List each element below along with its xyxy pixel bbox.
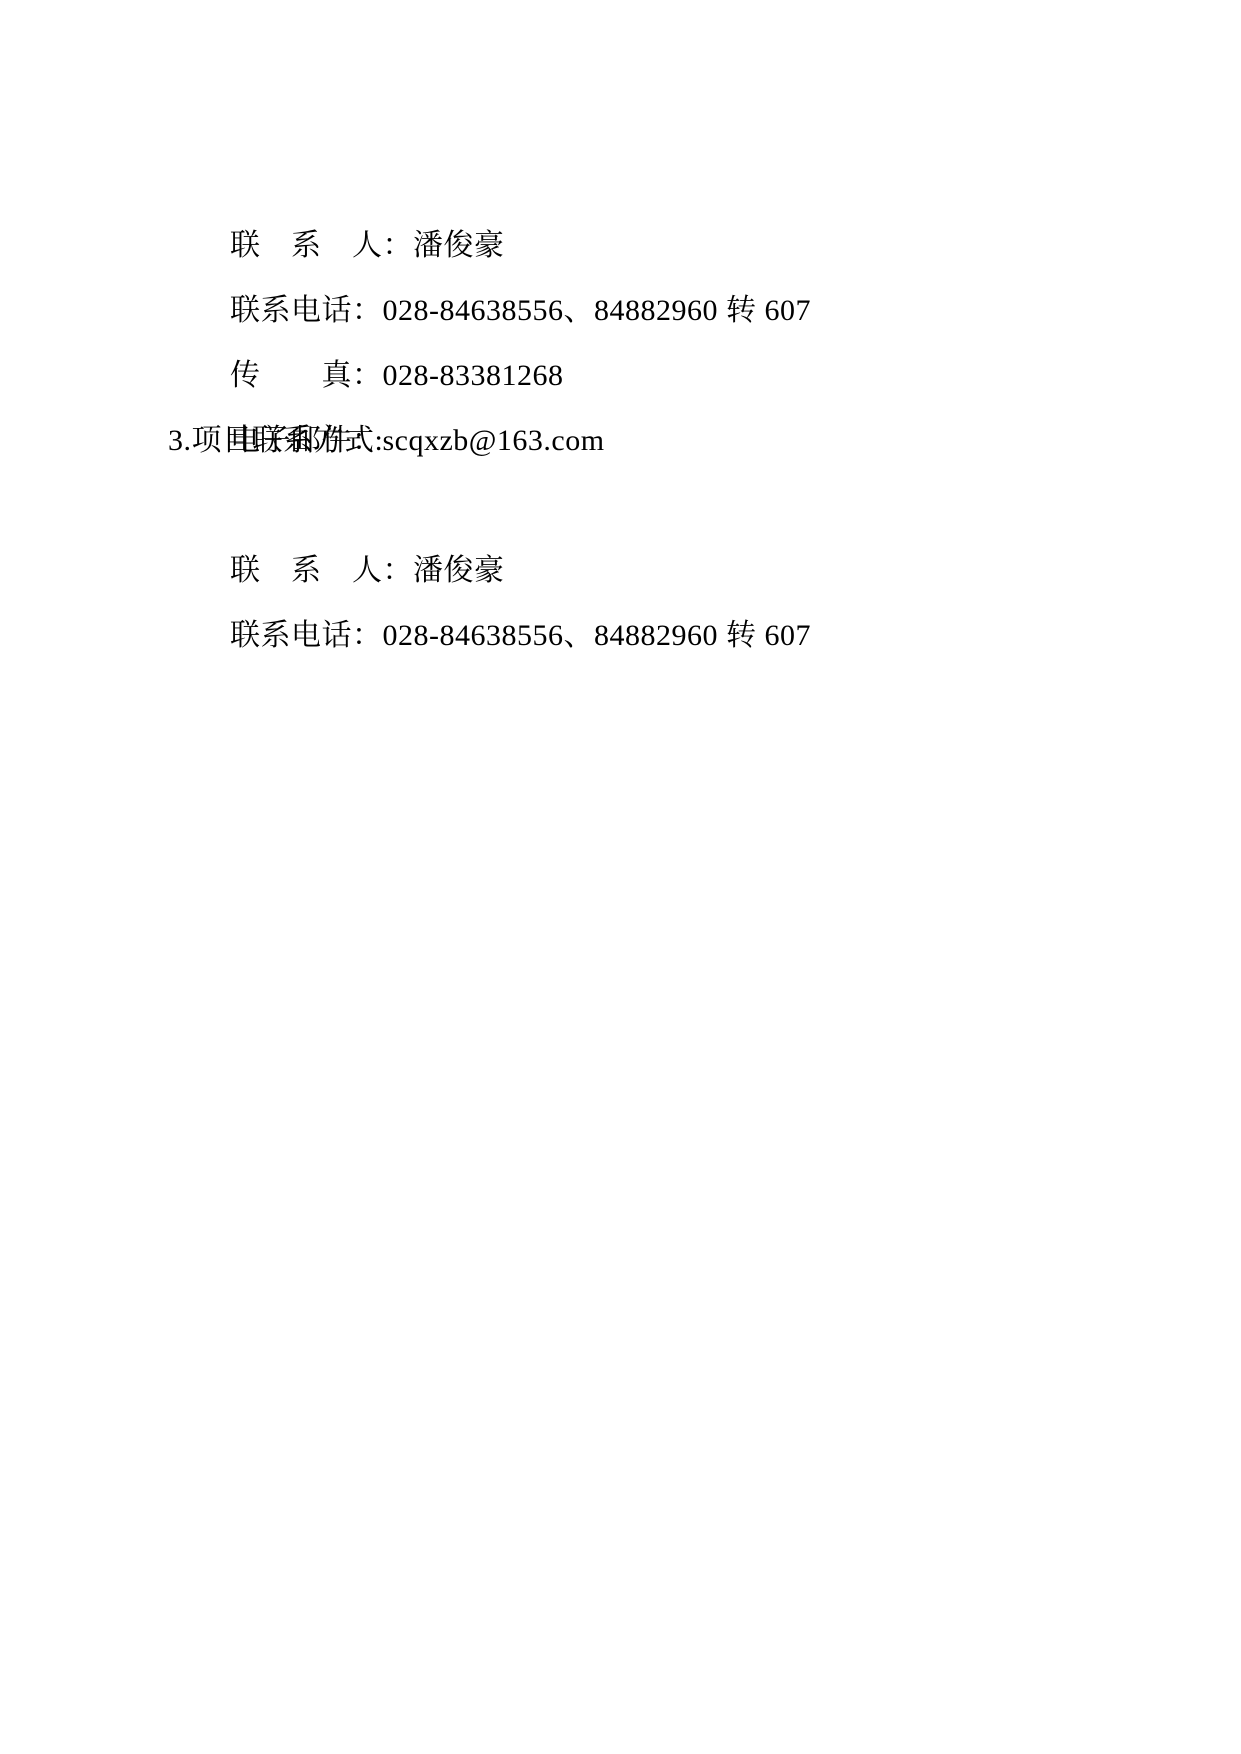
fax-label: 传 真：	[230, 359, 383, 392]
phone-value: 028-84638556、84882960 转 607	[383, 294, 812, 327]
contact-person-value: 潘俊豪	[413, 229, 505, 262]
email-line: 电子邮件：scqxzb@163.com	[0, 343, 1241, 408]
project-contact-person-label: 联 系 人：	[230, 554, 413, 587]
project-contact-person-value: 潘俊豪	[413, 554, 505, 587]
section-heading: 3.项目联系方式:	[0, 408, 1241, 473]
contact-person-line: 联 系 人：潘俊豪	[0, 148, 1241, 213]
project-phone-line: 联系电话：028-84638556、84882960 转 607	[0, 538, 1241, 603]
contact-person-label: 联 系 人：	[230, 229, 413, 262]
project-phone-label: 联系电话：	[230, 619, 383, 652]
document-page: 联 系 人：潘俊豪 联系电话：028-84638556、84882960 转 6…	[0, 0, 1241, 1754]
project-phone-value: 028-84638556、84882960 转 607	[383, 619, 812, 652]
fax-value: 028-83381268	[383, 359, 564, 392]
phone-label: 联系电话：	[230, 294, 383, 327]
phone-line: 联系电话：028-84638556、84882960 转 607	[0, 213, 1241, 278]
project-contact-person-line: 联 系 人：潘俊豪	[0, 473, 1241, 538]
email-value: scqxzb@163.com	[383, 424, 605, 457]
